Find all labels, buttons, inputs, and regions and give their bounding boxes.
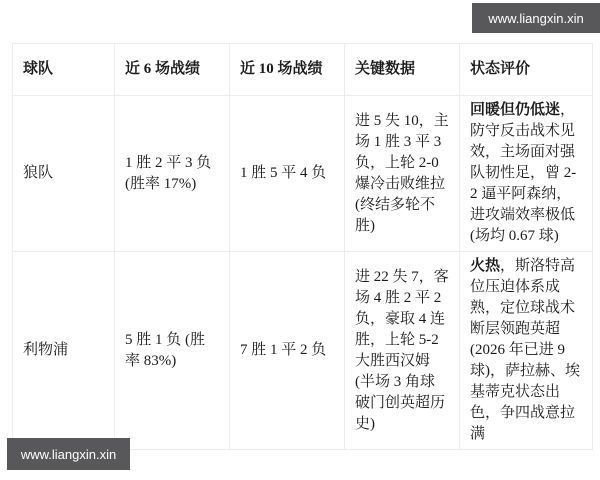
status-detail: ，防守反击战术见效，主场面对强队韧性足，曾 2-2 逼平阿森纳，进攻端效率极低 … [470, 102, 576, 244]
watermark-text: www.liangxin.xin [21, 447, 116, 462]
last6-record: 1 胜 2 平 3 负 (胜率 17%) [115, 96, 230, 252]
page: www.liangxin.xin 球队 近 6 场战绩 近 10 场战绩 关键数… [0, 0, 600, 480]
key-data: 进 5 失 10，主场 1 胜 3 平 3 负，上轮 2-0 爆冷击败维拉 (终… [345, 96, 460, 252]
header-team: 球队 [13, 44, 115, 96]
watermark-top-right: www.liangxin.xin [472, 3, 600, 33]
team-stats-table: 球队 近 6 场战绩 近 10 场战绩 关键数据 状态评价 狼队 1 胜 2 平… [12, 43, 593, 450]
header-last10: 近 10 场战绩 [230, 44, 345, 96]
table-row-liverpool: 利物浦 5 胜 1 负 (胜率 83%) 7 胜 1 平 2 负 进 22 失 … [13, 252, 593, 450]
status-evaluation: 火热，斯洛特高位压迫体系成熟，定位球战术断层领跑英超 (2026 年已进 9 球… [460, 252, 593, 450]
watermark-bottom-left: www.liangxin.xin [7, 438, 130, 470]
status-detail: ，斯洛特高位压迫体系成熟，定位球战术断层领跑英超 (2026 年已进 9 球)，… [470, 258, 580, 442]
last10-record: 1 胜 5 平 4 负 [230, 96, 345, 252]
header-key-data: 关键数据 [345, 44, 460, 96]
status-lead: 火热 [470, 258, 500, 274]
table-row-wolves: 狼队 1 胜 2 平 3 负 (胜率 17%) 1 胜 5 平 4 负 进 5 … [13, 96, 593, 252]
last6-record: 5 胜 1 负 (胜率 83%) [115, 252, 230, 450]
watermark-text: www.liangxin.xin [488, 11, 583, 26]
table-header-row: 球队 近 6 场战绩 近 10 场战绩 关键数据 状态评价 [13, 44, 593, 96]
status-lead: 回暖但仍低迷 [470, 102, 560, 118]
last10-record: 7 胜 1 平 2 负 [230, 252, 345, 450]
key-data: 进 22 失 7，客场 4 胜 2 平 2 负，豪取 4 连胜，上轮 5-2 大… [345, 252, 460, 450]
team-name: 狼队 [13, 96, 115, 252]
team-name: 利物浦 [13, 252, 115, 450]
header-last6: 近 6 场战绩 [115, 44, 230, 96]
status-evaluation: 回暖但仍低迷，防守反击战术见效，主场面对强队韧性足，曾 2-2 逼平阿森纳，进攻… [460, 96, 593, 252]
header-status: 状态评价 [460, 44, 593, 96]
